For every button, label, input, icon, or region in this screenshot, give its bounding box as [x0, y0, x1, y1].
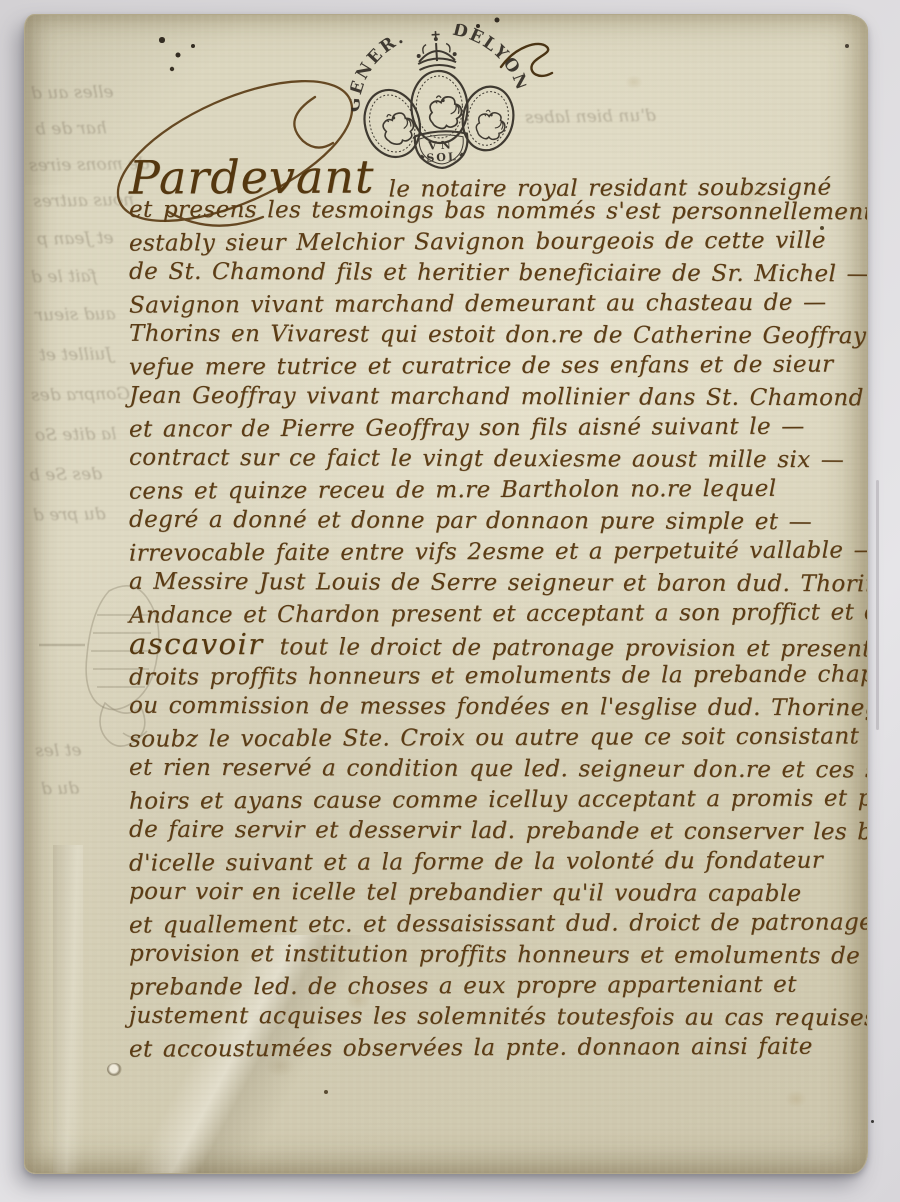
ink-bleedthrough: du pre d — [33, 504, 106, 525]
paper-stain — [625, 75, 643, 89]
manuscript-line-text: tout le droict de patronage provision et… — [280, 634, 868, 662]
manuscript-line: et quallement etc. et dessaisissant dud.… — [129, 907, 868, 941]
photo-background: d'un bien labes elles au d har de b de m… — [0, 0, 900, 1202]
notary-paraph-mark — [499, 37, 563, 87]
manuscript-line: et rien reservé a condition que led. sei… — [129, 753, 868, 787]
wormhole — [107, 1063, 122, 1076]
paper-crease — [53, 845, 83, 1173]
manuscript-line: Savignon vivant marchand demeurant au ch… — [129, 287, 868, 321]
manuscript-line: droits proffits honneurs et emoluments d… — [129, 659, 868, 693]
manuscript-line: ascavoirtout le droict de patronage prov… — [129, 629, 868, 663]
ascavoir-word: ascavoir — [129, 627, 264, 661]
ornament-diamond-icon: ◆ — [419, 153, 425, 161]
manuscript-line: prebande led. de choses a eux propre app… — [129, 969, 868, 1003]
ornament-diamond-icon: ◆ — [459, 151, 465, 159]
manuscript-page: d'un bien labes elles au d har de b de m… — [24, 14, 868, 1174]
manuscript-line: de faire servir et desservir lad. preban… — [129, 815, 868, 849]
paper-stain — [785, 1090, 807, 1108]
manuscript-line: Jean Geoffray vivant marchand mollinier … — [129, 381, 868, 415]
crown-icon — [415, 30, 457, 70]
background-speck — [871, 1120, 874, 1123]
manuscript-line: degré a donné et donne par donnaon pure … — [129, 505, 868, 539]
ink-bleedthrough: des Se b — [29, 464, 102, 485]
manuscript-text-block: Pardevantle notaire royal residant soubz… — [129, 165, 868, 1064]
denomination-line2: SOL — [426, 150, 458, 165]
manuscript-line: hoirs et ayans cause comme icelluy accep… — [129, 783, 868, 817]
second-sheet-edge — [876, 480, 879, 730]
manuscript-line: ou commission de messes fondées en l'esg… — [129, 691, 868, 725]
manuscript-line: irrevocable faite entre vifs 2esme et a … — [129, 535, 868, 569]
manuscript-line: estably sieur Melchior Savignon bourgeoi… — [129, 225, 868, 259]
manuscript-line: et presens les tesmoings bas nommés s'es… — [129, 195, 868, 229]
manuscript-line: et ancor de Pierre Geoffray son fils ais… — [129, 411, 868, 445]
manuscript-line: d'icelle suivant et a la forme de la vol… — [129, 845, 868, 879]
ink-bleedthrough: d'un bien labes — [525, 106, 656, 128]
manuscript-line: soubz le vocable Ste. Croix ou autre que… — [129, 721, 868, 755]
manuscript-line: cens et quinze receu de m.re Bartholon n… — [129, 473, 868, 507]
manuscript-line: contract sur ce faict le vingt deuxiesme… — [129, 443, 868, 477]
manuscript-line: Thorins en Vivarest qui estoit don.re de… — [129, 319, 868, 353]
manuscript-line: pour voir en icelle tel prebandier qu'il… — [129, 877, 868, 911]
ink-bleedthrough: du d — [41, 779, 79, 800]
ink-bleedthrough: Juillet et — [39, 344, 113, 365]
ink-specks — [25, 15, 27, 17]
manuscript-line: provision et institution proffits honneu… — [129, 939, 868, 973]
ink-bleedthrough: la dite So — [35, 424, 117, 445]
manuscript-line: Pardevantle notaire royal residant soubz… — [129, 163, 868, 197]
manuscript-line: vefue mere tutrice et curatrice de ses e… — [129, 349, 868, 383]
ink-bleedthrough: fait le d — [31, 266, 97, 287]
manuscript-line: a Messire Just Louis de Serre seigneur e… — [129, 567, 868, 601]
ink-bleedthrough: aud sieur — [35, 304, 116, 325]
manuscript-line: justement acquises les solemnités toutes… — [129, 1001, 868, 1035]
manuscript-line: et accoustumées observées la pnte. donna… — [129, 1031, 868, 1065]
ink-bleedthrough: Gonpra des — [31, 384, 130, 406]
manuscript-line: de St. Chamond fils et heritier benefici… — [129, 257, 868, 291]
